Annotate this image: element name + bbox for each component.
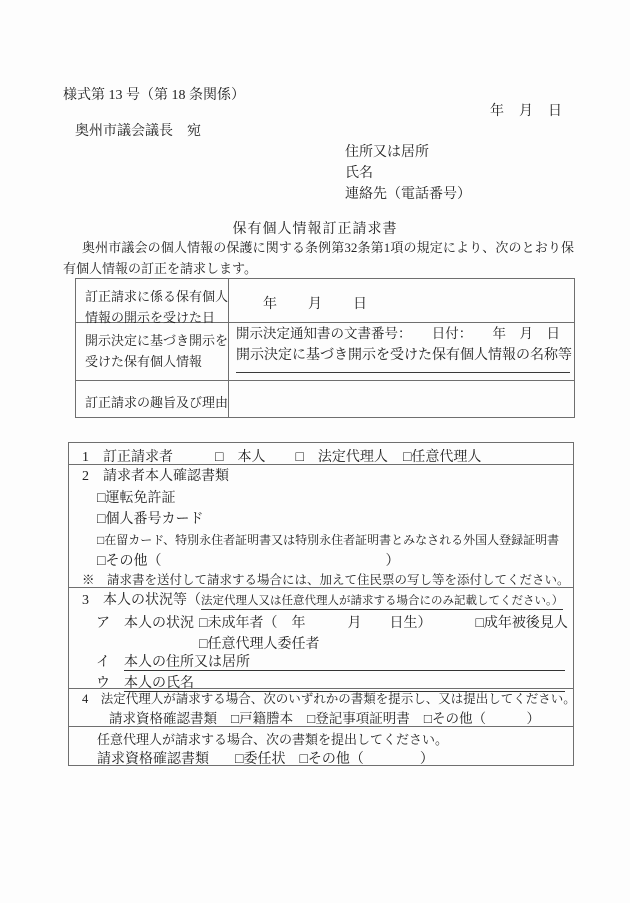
section-5-documents-line: 請求資格確認書類□委任状□その他（ ） [97, 752, 565, 767]
disclosure-date-label: 訂正請求に係る保有個人 情報の開示を受けた日 [76, 279, 229, 322]
disclosed-info-value: 開示決定通知書の文書番号： 日付： 年 月 日 開示決定に基づき開示を受けた保有… [229, 323, 580, 380]
header-date-line: 年 月 日 [490, 100, 563, 120]
checkbox-legal-representative[interactable]: □ 法定代理人 [295, 446, 387, 466]
correction-reason-input-area[interactable] [229, 381, 574, 417]
checkbox-voluntary-representative[interactable]: □任意代理人 [403, 446, 481, 466]
section-3-heading: 3 本人の状況等（法定代理人又は任意代理人が請求する場合にのみ記載してください。… [82, 593, 565, 608]
checkbox-individual-number-card[interactable]: □個人番号カード [97, 512, 565, 527]
correction-reason-label: 訂正請求の趣旨及び理由 [76, 381, 229, 417]
table-row: 訂正請求に係る保有個人 情報の開示を受けた日 年 月 日 [76, 279, 574, 322]
document-page: 様式第 13 号（第 18 条関係） 年 月 日 奥州市議会議長 宛 住所又は居… [0, 0, 630, 903]
principal-name-fill-line[interactable]: 本人の氏名 [124, 676, 565, 692]
principal-address-line: イ本人の住所又は居所 [82, 655, 565, 671]
info-name-fill-line[interactable] [236, 372, 570, 373]
addressee: 奥州市議会議長 宛 [75, 120, 201, 140]
item-kana-i: イ [96, 655, 110, 671]
mailing-note: ※ 請求書を送付して請求する場合には、加えて住民票の写し等を添付してください。 [82, 573, 565, 588]
contact-label: 連絡先（電話番号） [345, 184, 471, 205]
section-2-identity-documents: 2 請求者本人確認書類 □運転免許証 □個人番号カード □在留カード、特別永住者… [69, 464, 573, 587]
principal-name-line: ウ本人の氏名 [82, 676, 565, 692]
qualification-documents-label: 請求資格確認書類 [109, 711, 217, 726]
section-3-heading-note: 法定代理人又は任意代理人が請求する場合にのみ記載してください。） [201, 595, 563, 610]
principal-status-label: ア 本人の状況 [96, 616, 194, 631]
checkbox-other-identity[interactable]: □その他（ ） [97, 554, 565, 569]
checkbox-other-legal-document[interactable]: □その他（ ） [424, 711, 540, 726]
checkbox-power-of-attorney[interactable]: □委任状 [235, 752, 285, 767]
document-title: 保有個人情報訂正請求書 [0, 218, 630, 238]
checkbox-minor[interactable]: □未成年者（ 年 月 日生） [199, 616, 431, 631]
section-4-documents-line: 請求資格確認書類□戸籍謄本□登記事項証明書□その他（ ） [109, 711, 565, 726]
intro-paragraph: 奥州市議会の個人情報の保護に関する条例第32条第1項の規定により、次のとおり保有… [63, 238, 574, 279]
label-line: 訂正請求に係る保有個人 [85, 286, 228, 307]
checkbox-adult-ward[interactable]: □成年被後見人 [475, 616, 567, 631]
checkbox-residence-card[interactable]: □在留カード、特別永住者証明書又は特別永住者証明書とみなされる外国人登録証明書 [97, 533, 565, 548]
info-name-line: 開示決定に基づき開示を受けた保有個人情報の名称等 [236, 348, 572, 363]
qualification-documents-label: 請求資格確認書類 [97, 752, 209, 767]
section-5-voluntary-representative: 任意代理人が請求する場合、次の書類を提出してください。 請求資格確認書類□委任状… [69, 726, 573, 767]
name-label: 氏名 [345, 163, 471, 184]
table-row: 開示決定に基づき開示を 受けた保有個人情報 開示決定通知書の文書番号： 日付： … [76, 322, 574, 380]
principal-address-fill-line[interactable]: 本人の住所又は居所 [124, 655, 565, 671]
checkbox-family-register[interactable]: □戸籍謄本 [231, 711, 293, 726]
section-3-heading-prefix: 3 本人の状況等（ [82, 593, 201, 608]
disclosed-info-label: 開示決定に基づき開示を 受けた保有個人情報 [76, 323, 229, 380]
section-4-instruction: 4 法定代理人が請求する場合、次のいずれかの書類を提示し、又は提出してください。 [82, 692, 565, 707]
requester-detail-table: 1 訂正請求者□ 本人□ 法定代理人□任意代理人 2 請求者本人確認書類 □運転… [68, 442, 574, 766]
item-kana-u: ウ [96, 676, 110, 692]
section-5-instruction: 任意代理人が請求する場合、次の書類を提出してください。 [97, 732, 565, 747]
section-1-label: 1 訂正請求者 [82, 450, 173, 465]
applicant-fields: 住所又は居所 氏名 連絡先（電話番号） [345, 142, 471, 205]
disclosure-date-value: 年 月 日 [229, 279, 574, 322]
table-row: 訂正請求の趣旨及び理由 [76, 380, 574, 417]
section-1-requester: 1 訂正請求者□ 本人□ 法定代理人□任意代理人 [69, 443, 573, 464]
document-number-line: 開示決定通知書の文書番号： 日付： 年 月 日 [236, 326, 572, 342]
checkbox-voluntary-agent-delegator[interactable]: □任意代理人委任者 [199, 637, 565, 652]
section-3-principal-status: 3 本人の状況等（法定代理人又は任意代理人が請求する場合にのみ記載してください。… [69, 587, 573, 688]
checkbox-drivers-license[interactable]: □運転免許証 [97, 491, 565, 506]
section-2-heading: 2 請求者本人確認書類 [82, 469, 565, 484]
checkbox-registration-certificate[interactable]: □登記事項証明書 [307, 711, 410, 726]
principal-status-line: ア 本人の状況□未成年者（ 年 月 日生）□成年被後見人 [96, 616, 565, 631]
form-number: 様式第 13 号（第 18 条関係） [63, 84, 245, 104]
checkbox-self[interactable]: □ 本人 [215, 446, 265, 466]
label-line: 開示決定に基づき開示を [85, 330, 228, 351]
section-4-legal-representative: 4 法定代理人が請求する場合、次のいずれかの書類を提示し、又は提出してください。… [69, 688, 573, 726]
checkbox-other-voluntary-document[interactable]: □その他（ ） [299, 752, 433, 767]
disclosure-info-table: 訂正請求に係る保有個人 情報の開示を受けた日 年 月 日 開示決定に基づき開示を… [75, 278, 575, 418]
label-line: 受けた保有個人情報 [85, 351, 228, 372]
address-label: 住所又は居所 [345, 142, 471, 163]
